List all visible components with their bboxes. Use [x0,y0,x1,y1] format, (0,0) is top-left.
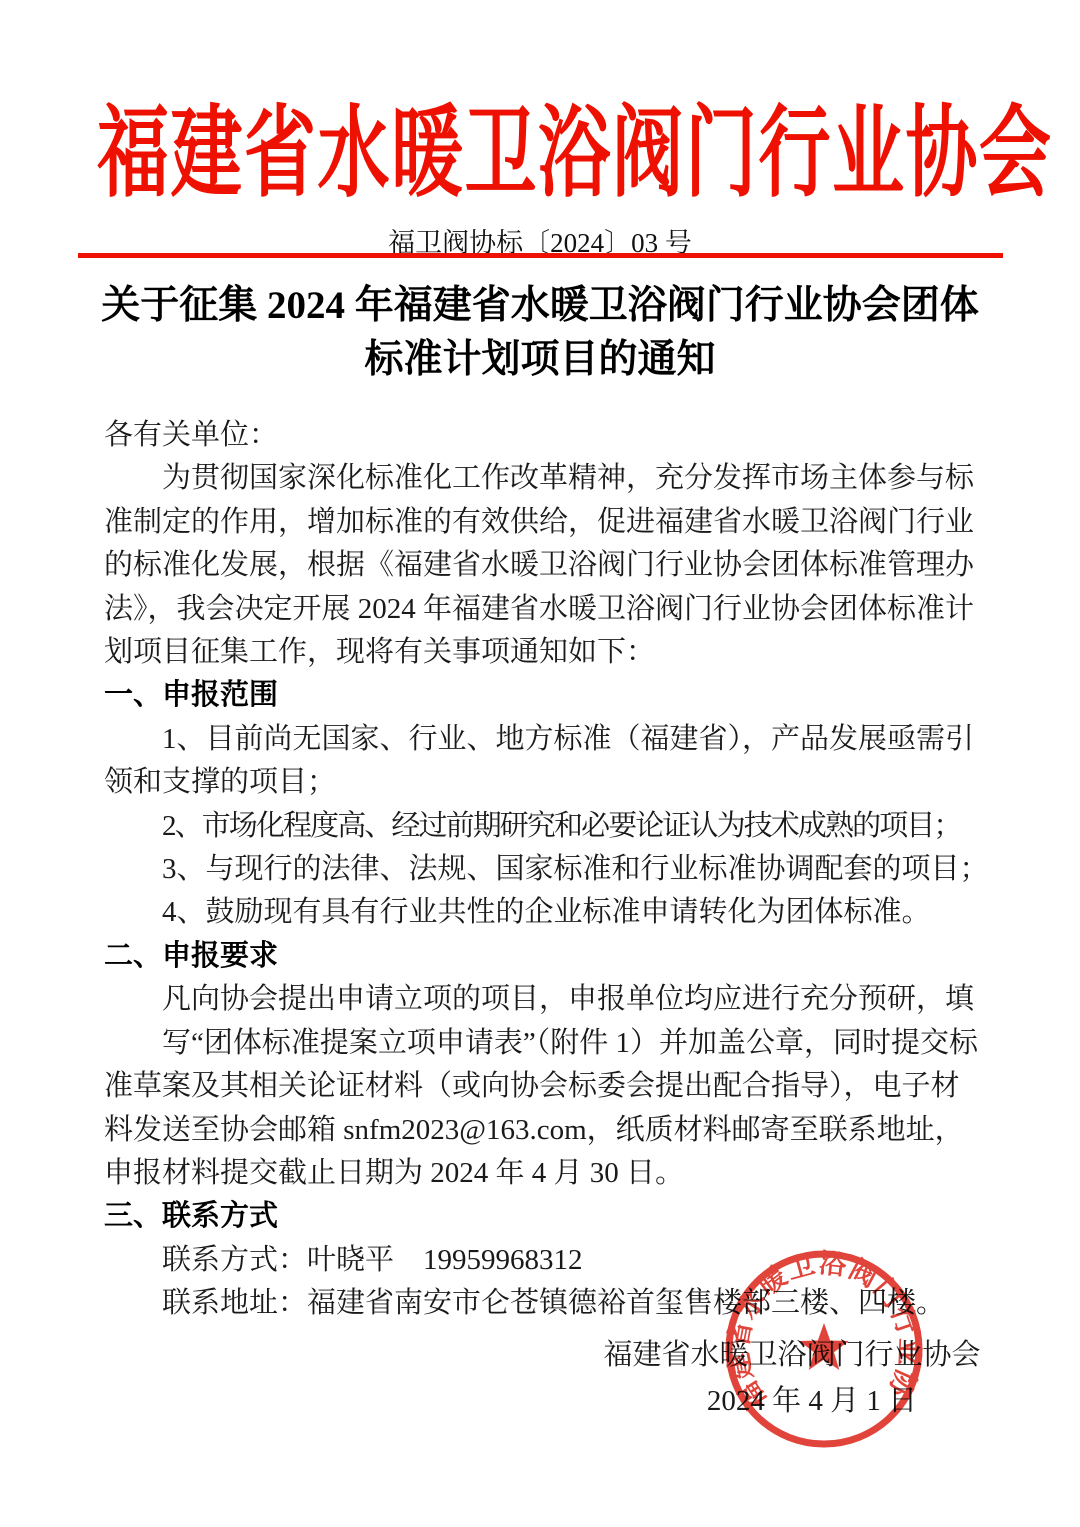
body-line: 划项目征集工作，现将有关事项通知如下： [104,631,982,674]
body-line: 准制定的作用，增加标准的有效供给，促进福建省水暖卫浴阀门行业 [104,501,982,544]
body-line: 准草案及其相关论证材料（或向协会标委会提出配合指导），电子材 [104,1065,982,1108]
red-divider-line [78,253,1003,258]
body-line: 的标准化发展，根据《福建省水暖卫浴阀门行业协会团体标准管理办 [104,544,982,587]
signature-org: 福建省水暖卫浴阀门行业协会 [598,1332,986,1373]
body-line: 申报材料提交截止日期为 2024 年 4 月 30 日。 [104,1152,982,1195]
body-line: 凡向协会提出申请立项的项目，申报单位均应进行充分预研，填 [104,978,982,1021]
body-line: 1、目前尚无国家、行业、地方标准（福建省），产品发展亟需引 [104,718,982,761]
body-line: 领和支撑的项目； [104,761,982,804]
notice-title-line1: 关于征集 2024 年福建省水暖卫浴阀门行业协会团体 [0,274,1080,330]
section-heading-2: 二、申报要求 [104,935,982,978]
section-heading-1: 一、申报范围 [104,674,982,717]
letterhead-org-name: 福建省水暖卫浴阀门行业协会 [97,104,985,203]
body-line: 法》，我会决定开展 2024 年福建省水暖卫浴阀门行业协会团体标准计 [104,588,982,631]
body-line: 为贯彻国家深化标准化工作改革精神，充分发挥市场主体参与标 [104,457,982,500]
contact-person-line: 联系方式：叶晓平 19959968312 [104,1239,982,1282]
body-line: 料发送至协会邮箱 snfm2023@163.com，纸质材料邮寄至联系地址， [104,1109,982,1152]
body-line: 2、市场化程度高、经过前期研究和必要论证认为技术成熟的项目； [104,805,982,848]
body-line: 写“团体标准提案立项申请表”（附件 1）并加盖公章，同时提交标 [104,1022,982,1065]
salutation: 各有关单位： [104,414,982,457]
section-heading-3: 三、联系方式 [104,1195,982,1238]
body-line: 4、鼓励现有具有行业共性的企业标准申请转化为团体标准。 [104,891,982,934]
body-line: 3、与现行的法律、法规、国家标准和行业标准协调配套的项目； [104,848,982,891]
document-page: 福建省水暖卫浴阀门行业协会 福卫阀协标〔2024〕03 号 关于征集 2024 … [0,0,1080,1527]
notice-title-line2: 标准计划项目的通知 [0,328,1080,384]
signature-date: 2024 年 4 月 1 日 [618,1378,1006,1419]
contact-address-line: 联系地址：福建省南安市仑苍镇德裕首玺售楼部三楼、四楼。 [104,1282,982,1325]
notice-body: 各有关单位： 为贯彻国家深化标准化工作改革精神，充分发挥市场主体参与标 准制定的… [104,414,982,1326]
